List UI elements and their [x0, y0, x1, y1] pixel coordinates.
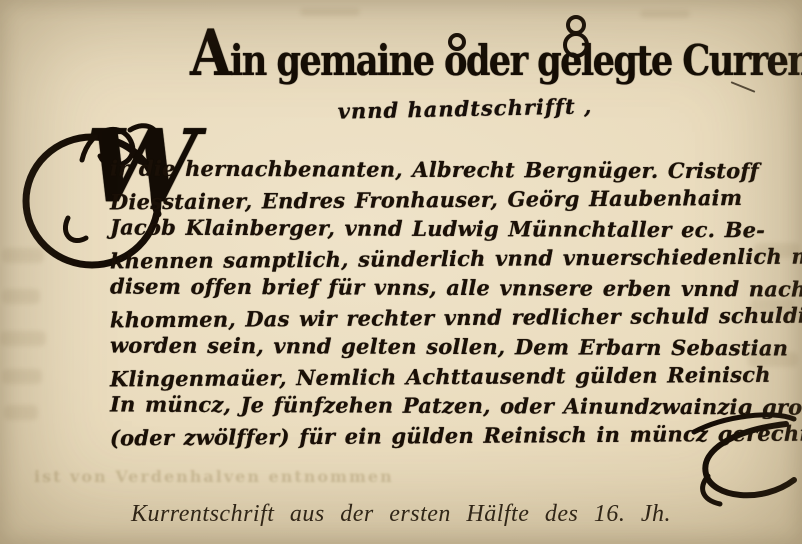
manuscript-line: ir die hernachbenanten, Albrecht Bergnüg… — [110, 155, 800, 188]
book-page-photo: Ain gemaine oder gelegte Current vnnd ha… — [0, 0, 802, 544]
ascender-loop-flourish — [562, 12, 590, 64]
ascender-loop-flourish — [446, 30, 468, 66]
manuscript-line: worden sein, vnnd gelten sollen, Dem Erb… — [110, 332, 800, 365]
showthrough-blob — [640, 10, 690, 18]
caption: Kurrentschrift aus der ersten Hälfte des… — [0, 501, 802, 528]
manuscript-line: khommen, Das wir rechter vnnd redlicher … — [110, 302, 800, 336]
manuscript-line: disem offen brief für vnns, alle vnnsere… — [110, 273, 800, 306]
showthrough-blob — [2, 289, 40, 304]
manuscript-line: Klingenmaüer, Nemlich Achttausendt gülde… — [110, 361, 800, 395]
showthrough-text: ist von Verdenhalven entnommen — [34, 467, 434, 486]
showthrough-blob — [2, 369, 42, 384]
end-flourish — [686, 406, 800, 510]
manuscript-line: khennen samptlich, sünderlich vnnd vnuer… — [110, 243, 800, 277]
facsimile-subtitle: vnnd handtschrifft , — [300, 93, 630, 125]
manuscript-line: Diesstainer, Endres Fronhauser, Geörg Ha… — [110, 184, 800, 218]
showthrough-blob — [300, 8, 360, 16]
showthrough-blob — [0, 331, 46, 346]
manuscript-line: Jacob Klainberger, vnnd Ludwig Münnchtal… — [110, 214, 800, 247]
showthrough-blob — [4, 405, 38, 420]
